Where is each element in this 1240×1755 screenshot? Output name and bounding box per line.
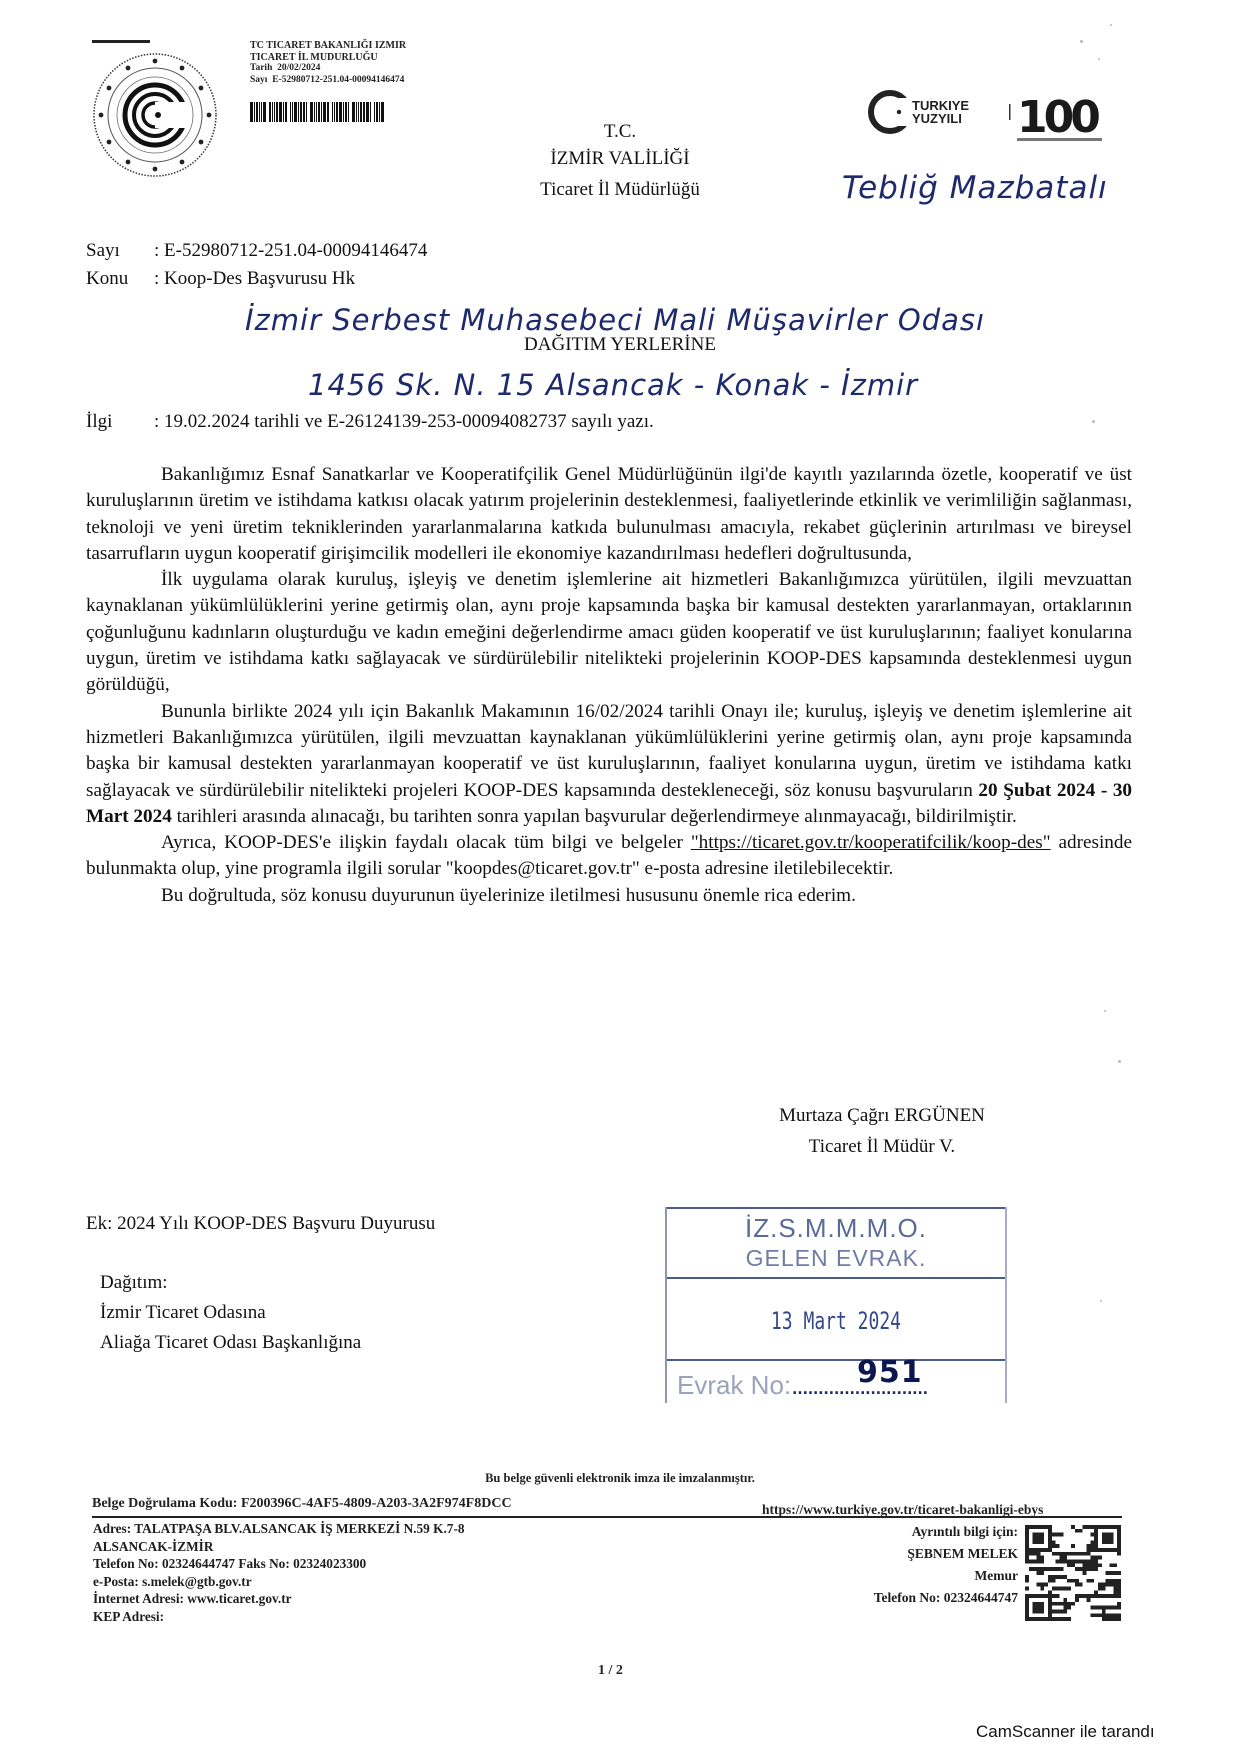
meta-ilgi: İlgi: 19.02.2024 tarihli ve E-26124139-2…	[86, 411, 654, 433]
stamp-date-received: 13 Mart 2024	[709, 1307, 963, 1335]
ilgi-label: İlgi	[86, 411, 154, 433]
stamp-line-2: TICARET İL MUDURLUĞU	[250, 52, 406, 64]
konu-value: : Koop-Des Başvurusu Hk	[154, 268, 355, 289]
stamp-date-label: Tarih	[250, 63, 272, 73]
received-stamp: İZ.S.M.M.M.O. GELEN EVRAK. 13 Mart 2024 …	[665, 1207, 1007, 1403]
header-rule	[92, 40, 150, 43]
evrak-label: Evrak No:	[677, 1370, 791, 1400]
footer-address: Adres: TALATPAŞA BLV.ALSANCAK İŞ MERKEZİ…	[93, 1520, 465, 1625]
website: İnternet Adresi: www.ticaret.gov.tr	[93, 1590, 465, 1608]
logo-word-2: YUZYILI	[912, 111, 962, 126]
signatory-name: Murtaza Çağrı ERGÜNEN	[752, 1100, 1012, 1131]
contact-label: Ayrıntılı bilgi için:	[780, 1521, 1018, 1543]
phone-fax: Telefon No: 02324644747 Faks No: 0232402…	[93, 1555, 465, 1573]
contact-info: Ayrıntılı bilgi için: ŞEBNEM MELEK Memur…	[780, 1521, 1018, 1609]
distribution-list: Dağıtım: İzmir Ticaret Odasına Aliağa Ti…	[100, 1268, 361, 1358]
verification-code: Belge Doğrulama Kodu: F200396C-4AF5-4809…	[92, 1496, 512, 1512]
paragraph-3-text-b: tarihleri arasında alınacağı, bu tarihte…	[172, 806, 1017, 827]
paragraph-3: Bununla birlikte 2024 yılı için Bakanlık…	[86, 699, 1132, 830]
meta-konu: Konu: Koop-Des Başvurusu Hk	[86, 268, 355, 290]
paragraph-2: İlk uygulama olarak kuruluş, işleyiş ve …	[86, 567, 1132, 698]
evrak-number: 951	[857, 1355, 923, 1390]
paragraph-4: Ayrıca, KOOP-DES'e ilişkin faydalı olaca…	[86, 830, 1132, 883]
scanner-watermark: CamScanner ile tarandı	[976, 1722, 1155, 1742]
distribution-label: Dağıtım:	[100, 1268, 361, 1298]
koop-des-link[interactable]: "https://ticaret.gov.tr/kooperatifcilik/…	[691, 832, 1051, 853]
handwritten-note: Tebliğ Mazbatalı	[842, 170, 1108, 206]
letter-body: Bakanlığımız Esnaf Sanatkarlar ve Kooper…	[86, 462, 1132, 909]
paragraph-1: Bakanlığımız Esnaf Sanatkarlar ve Kooper…	[86, 462, 1132, 567]
paragraph-3-text-a: Bununla birlikte 2024 yılı için Bakanlık…	[86, 701, 1132, 801]
sayi-label: Sayı	[86, 240, 154, 262]
document-stamp-meta: TC TICARET BAKANLIĞI IZMIR TICARET İL MU…	[250, 40, 406, 86]
contact-role: Memur	[780, 1565, 1018, 1587]
esign-note: Bu belge güvenli elektronik imza ile imz…	[0, 1471, 1240, 1486]
attachment: Ek: 2024 Yılı KOOP-DES Başvuru Duyurusu	[86, 1213, 435, 1235]
meta-sayi: Sayı: E-52980712-251.04-00094146474	[86, 240, 427, 262]
stamp-number: E-52980712-251.04-00094146474	[272, 75, 404, 85]
kep-address: KEP Adresi:	[93, 1608, 465, 1626]
handwritten-address: 1456 Sk. N. 15 Alsancak - Konak - İzmir	[308, 368, 918, 402]
qr-code-icon	[1025, 1522, 1121, 1624]
stamp-org: İZ.S.M.M.M.O.	[667, 1213, 1005, 1244]
ilgi-value: : 19.02.2024 tarihli ve E-26124139-253-0…	[154, 411, 654, 432]
signatory-title: Ticaret İl Müdür V.	[752, 1131, 1012, 1162]
paragraph-5: Bu doğrultuda, söz konusu duyurunun üyel…	[86, 883, 1132, 909]
handwritten-addressee: İzmir Serbest Muhasebeci Mali Müşavirler…	[245, 303, 985, 337]
distribution-item: Aliağa Ticaret Odası Başkanlığına	[100, 1328, 361, 1358]
email: e-Posta: s.melek@gtb.gov.tr	[93, 1573, 465, 1591]
turkiye-yuzyili-logo-icon: TURKIYE YUZYILI 100	[862, 80, 1122, 150]
stamp-number-label: Sayı	[250, 75, 267, 85]
stamp-sub: GELEN EVRAK.	[667, 1245, 1005, 1272]
address-line: Adres: TALATPAŞA BLV.ALSANCAK İŞ MERKEZİ…	[93, 1520, 465, 1538]
sayi-value: : E-52980712-251.04-00094146474	[154, 240, 427, 261]
contact-name: ŞEBNEM MELEK	[780, 1543, 1018, 1565]
contact-phone: Telefon No: 02324644747	[780, 1587, 1018, 1609]
footer-rule	[92, 1516, 1122, 1518]
paragraph-4-text-a: Ayrıca, KOOP-DES'e ilişkin faydalı olaca…	[161, 832, 691, 853]
konu-label: Konu	[86, 268, 154, 290]
page-number: 1 / 2	[598, 1663, 623, 1679]
distribution-item: İzmir Ticaret Odasına	[100, 1298, 361, 1328]
stamp-line-1: TC TICARET BAKANLIĞI IZMIR	[250, 40, 406, 52]
logo-number: 100	[1017, 92, 1099, 143]
distribution-heading: DAĞITIM YERLERİNE	[0, 334, 1240, 356]
stamp-date: 20/02/2024	[277, 63, 320, 73]
address-line: ALSANCAK-İZMİR	[93, 1538, 465, 1556]
